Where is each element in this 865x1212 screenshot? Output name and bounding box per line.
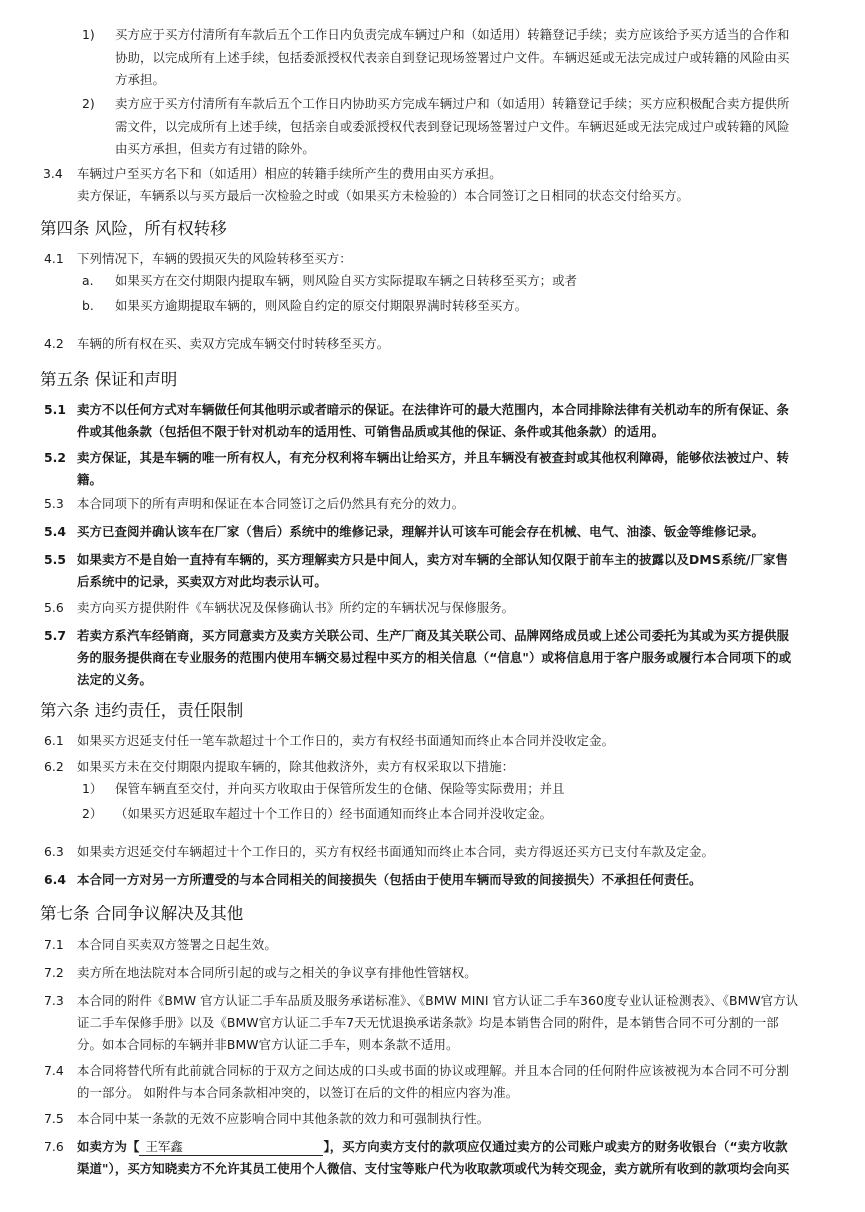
clause-text: 如果买方未在交付期限内提取车辆的，除其他救济外，卖方有权采取以下措施：: [77, 759, 514, 775]
clause-text: 车辆的所有权在买、卖双方完成车辆交付时转移至买方。: [77, 336, 389, 352]
clause-text: 卖方所在地法院对本合同所引起的或与之相关的争议享有排他性管辖权。: [77, 965, 477, 981]
item-number: 2): [82, 96, 95, 112]
clause-text: 若卖方系汽车经销商，买方同意卖方及卖方关联公司、生产厂商及其关联公司、品牌网络成…: [77, 628, 789, 644]
clause-text: 分。如本合同标的车辆并非BMW官方认证二手车，则本条款不适用。: [77, 1037, 458, 1053]
clause-text: 如果买方在交付期限内提取车辆，则风险自买方实际提取车辆之日转移至买方；或者: [115, 273, 577, 289]
clause-text: 如果卖方迟延交付车辆超过十个工作日的，买方有权经书面通知而终止本合同，卖方得返还…: [77, 844, 714, 860]
item-number: 1): [82, 27, 95, 43]
clause-text: 买方应于买方付清所有车款后五个工作日内负责完成车辆过户和（如适用）转籍登记手续；…: [115, 27, 790, 43]
clause-number: 7.6: [44, 1139, 64, 1155]
clause-number: 7.4: [44, 1063, 64, 1079]
clause-number: 5.2: [44, 450, 66, 466]
sub-item-label: a.: [82, 273, 94, 289]
clause-text: 如果买方迟延支付任一笔车款超过十个工作日的，卖方有权经书面通知而终止本合同并没收…: [77, 733, 614, 749]
clause-text: 法定的义务。: [77, 672, 152, 688]
clause-text: 的一部分。 如附件与本合同条款相冲突的，以签订在后的文件的相应内容为准。: [77, 1085, 518, 1101]
clause-text: 渠道"），买方知晓卖方不允许其员工使用个人微信、支付宝等账户代为收取款项或代为转…: [77, 1161, 789, 1177]
article-5-heading: 第五条 保证和声明: [40, 370, 177, 390]
clause-text: 需文件，以完成所有上述手续，包括亲自或委派授权代表到登记现场签署过户文件。车辆迟…: [115, 119, 790, 135]
clause-text: （如果买方迟延取车超过十个工作日的）经书面通知而终止本合同并没收定金。: [115, 806, 552, 822]
clause-text: 本合同自买卖双方签署之日起生效。: [77, 937, 277, 953]
clause-text: 卖方保证，其是车辆的唯一所有权人，有充分权利将车辆出让给买方，并且车辆没有被查封…: [77, 450, 789, 466]
sub-item-label: b.: [82, 298, 94, 314]
clause-number: 6.1: [44, 733, 64, 749]
clause-text: 车辆过户至买方名下和（如适用）相应的转籍手续所产生的费用由买方承担。: [77, 166, 502, 182]
clause-text: 方承担。: [115, 72, 165, 88]
clause-number: 4.2: [44, 336, 64, 352]
clause-text: 后系统中的记录，买卖双方对此均表示认可。: [77, 574, 327, 590]
clause-text: 卖方应于买方付清所有车款后五个工作日内协助买方完成车辆过户和（如适用）转籍登记手…: [115, 96, 790, 112]
clause-number: 5.7: [44, 628, 66, 644]
article-6-heading: 第六条 违约责任，责任限制: [40, 701, 243, 721]
article-7-heading: 第七条 合同争议解决及其他: [40, 904, 243, 924]
clause-text: 如果买方逾期提取车辆的，则风险自约定的原交付期限界满时转移至买方。: [115, 298, 527, 314]
clause-number: 6.2: [44, 759, 64, 775]
clause-number: 5.1: [44, 402, 66, 418]
sub-item-label: 1）: [82, 781, 102, 797]
clause-number: 5.4: [44, 524, 66, 540]
clause-number: 4.1: [44, 251, 64, 267]
clause-number: 3.4: [43, 166, 63, 182]
sub-item-label: 2）: [82, 806, 102, 822]
clause-number: 7.1: [44, 937, 64, 953]
clause-text: 本合同的附件《BMW 官方认证二手车品质及服务承诺标准》、《BMW MINI 官…: [77, 993, 798, 1009]
seller-name-field[interactable]: 王军鑫: [139, 1139, 323, 1156]
clause-text: 本合同一方对另一方所遭受的与本合同相关的间接损失（包括由于使用车辆而导致的间接损…: [77, 872, 702, 888]
clause-number: 5.6: [44, 600, 64, 616]
clause-text: 买方已查阅并确认该车在厂家（售后）系统中的维修记录，理解并认可该车可能会存在机械…: [77, 524, 764, 540]
clause-text: 本合同中某一条款的无效不应影响合同中其他条款的效力和可强制执行性。: [77, 1111, 489, 1127]
clause-text: 如果卖方不是自始一直持有车辆的，买方理解卖方只是中间人，卖方对车辆的全部认知仅限…: [77, 552, 788, 568]
clause-number: 7.5: [44, 1111, 64, 1127]
clause-text: 卖方向买方提供附件《车辆状况及保修确认书》所约定的车辆状况与保修服务。: [77, 600, 514, 616]
clause-7-6-line-1: 如卖方为【王军鑫】，买方向卖方支付的款项应仅通过卖方的公司账户或卖方的财务收银台…: [77, 1139, 788, 1156]
clause-number: 5.5: [44, 552, 66, 568]
clause-number: 7.2: [44, 965, 64, 981]
clause-text: 协助，以完成所有上述手续，包括委派授权代表亲自到登记现场签署过户文件。车辆迟延或…: [115, 50, 790, 66]
clause-text: 下列情况下，车辆的毁损灭失的风险转移至买方：: [77, 251, 352, 267]
clause-text: 卖方不以任何方式对车辆做任何其他明示或者暗示的保证。在法律许可的最大范围内，本合…: [77, 402, 789, 418]
clause-text: 由买方承担，但卖方有过错的除外。: [115, 141, 315, 157]
clause-text: 】，买方向卖方支付的款项应仅通过卖方的公司账户或卖方的财务收银台（“卖方收款: [323, 1139, 787, 1154]
article-4-heading: 第四条 风险，所有权转移: [40, 219, 227, 239]
clause-text: 保管车辆直至交付，并向买方收取由于保管所发生的仓储、保险等实际费用；并且: [115, 781, 565, 797]
clause-number: 5.3: [44, 496, 64, 512]
clause-text: 务的服务提供商在专业服务的范围内使用车辆交易过程中买方的相关信息（“信息"）或将…: [77, 650, 791, 666]
clause-text: 本合同项下的所有声明和保证在本合同签订之后仍然具有充分的效力。: [77, 496, 464, 512]
clause-text: 件或其他条款（包括但不限于针对机动车的适用性、可销售品质或其他的保证、条件或其他…: [77, 424, 664, 440]
clause-number: 6.4: [44, 872, 66, 888]
clause-text: 卖方保证，车辆系以与买方最后一次检验之时或（如果买方未检验的）本合同签订之日相同…: [77, 188, 689, 204]
clause-text: 如卖方为【: [77, 1139, 139, 1154]
clause-text: 本合同将替代所有此前就合同标的于双方之间达成的口头或书面的协议或理解。并且本合同…: [77, 1063, 789, 1079]
clause-number: 6.3: [44, 844, 64, 860]
clause-number: 7.3: [44, 993, 64, 1009]
clause-text: 籍。: [77, 472, 102, 488]
clause-text: 证二手车保修手册》以及《BMW官方认证二手车7天无忧退换承诺条款》均是本销售合同…: [77, 1015, 779, 1031]
